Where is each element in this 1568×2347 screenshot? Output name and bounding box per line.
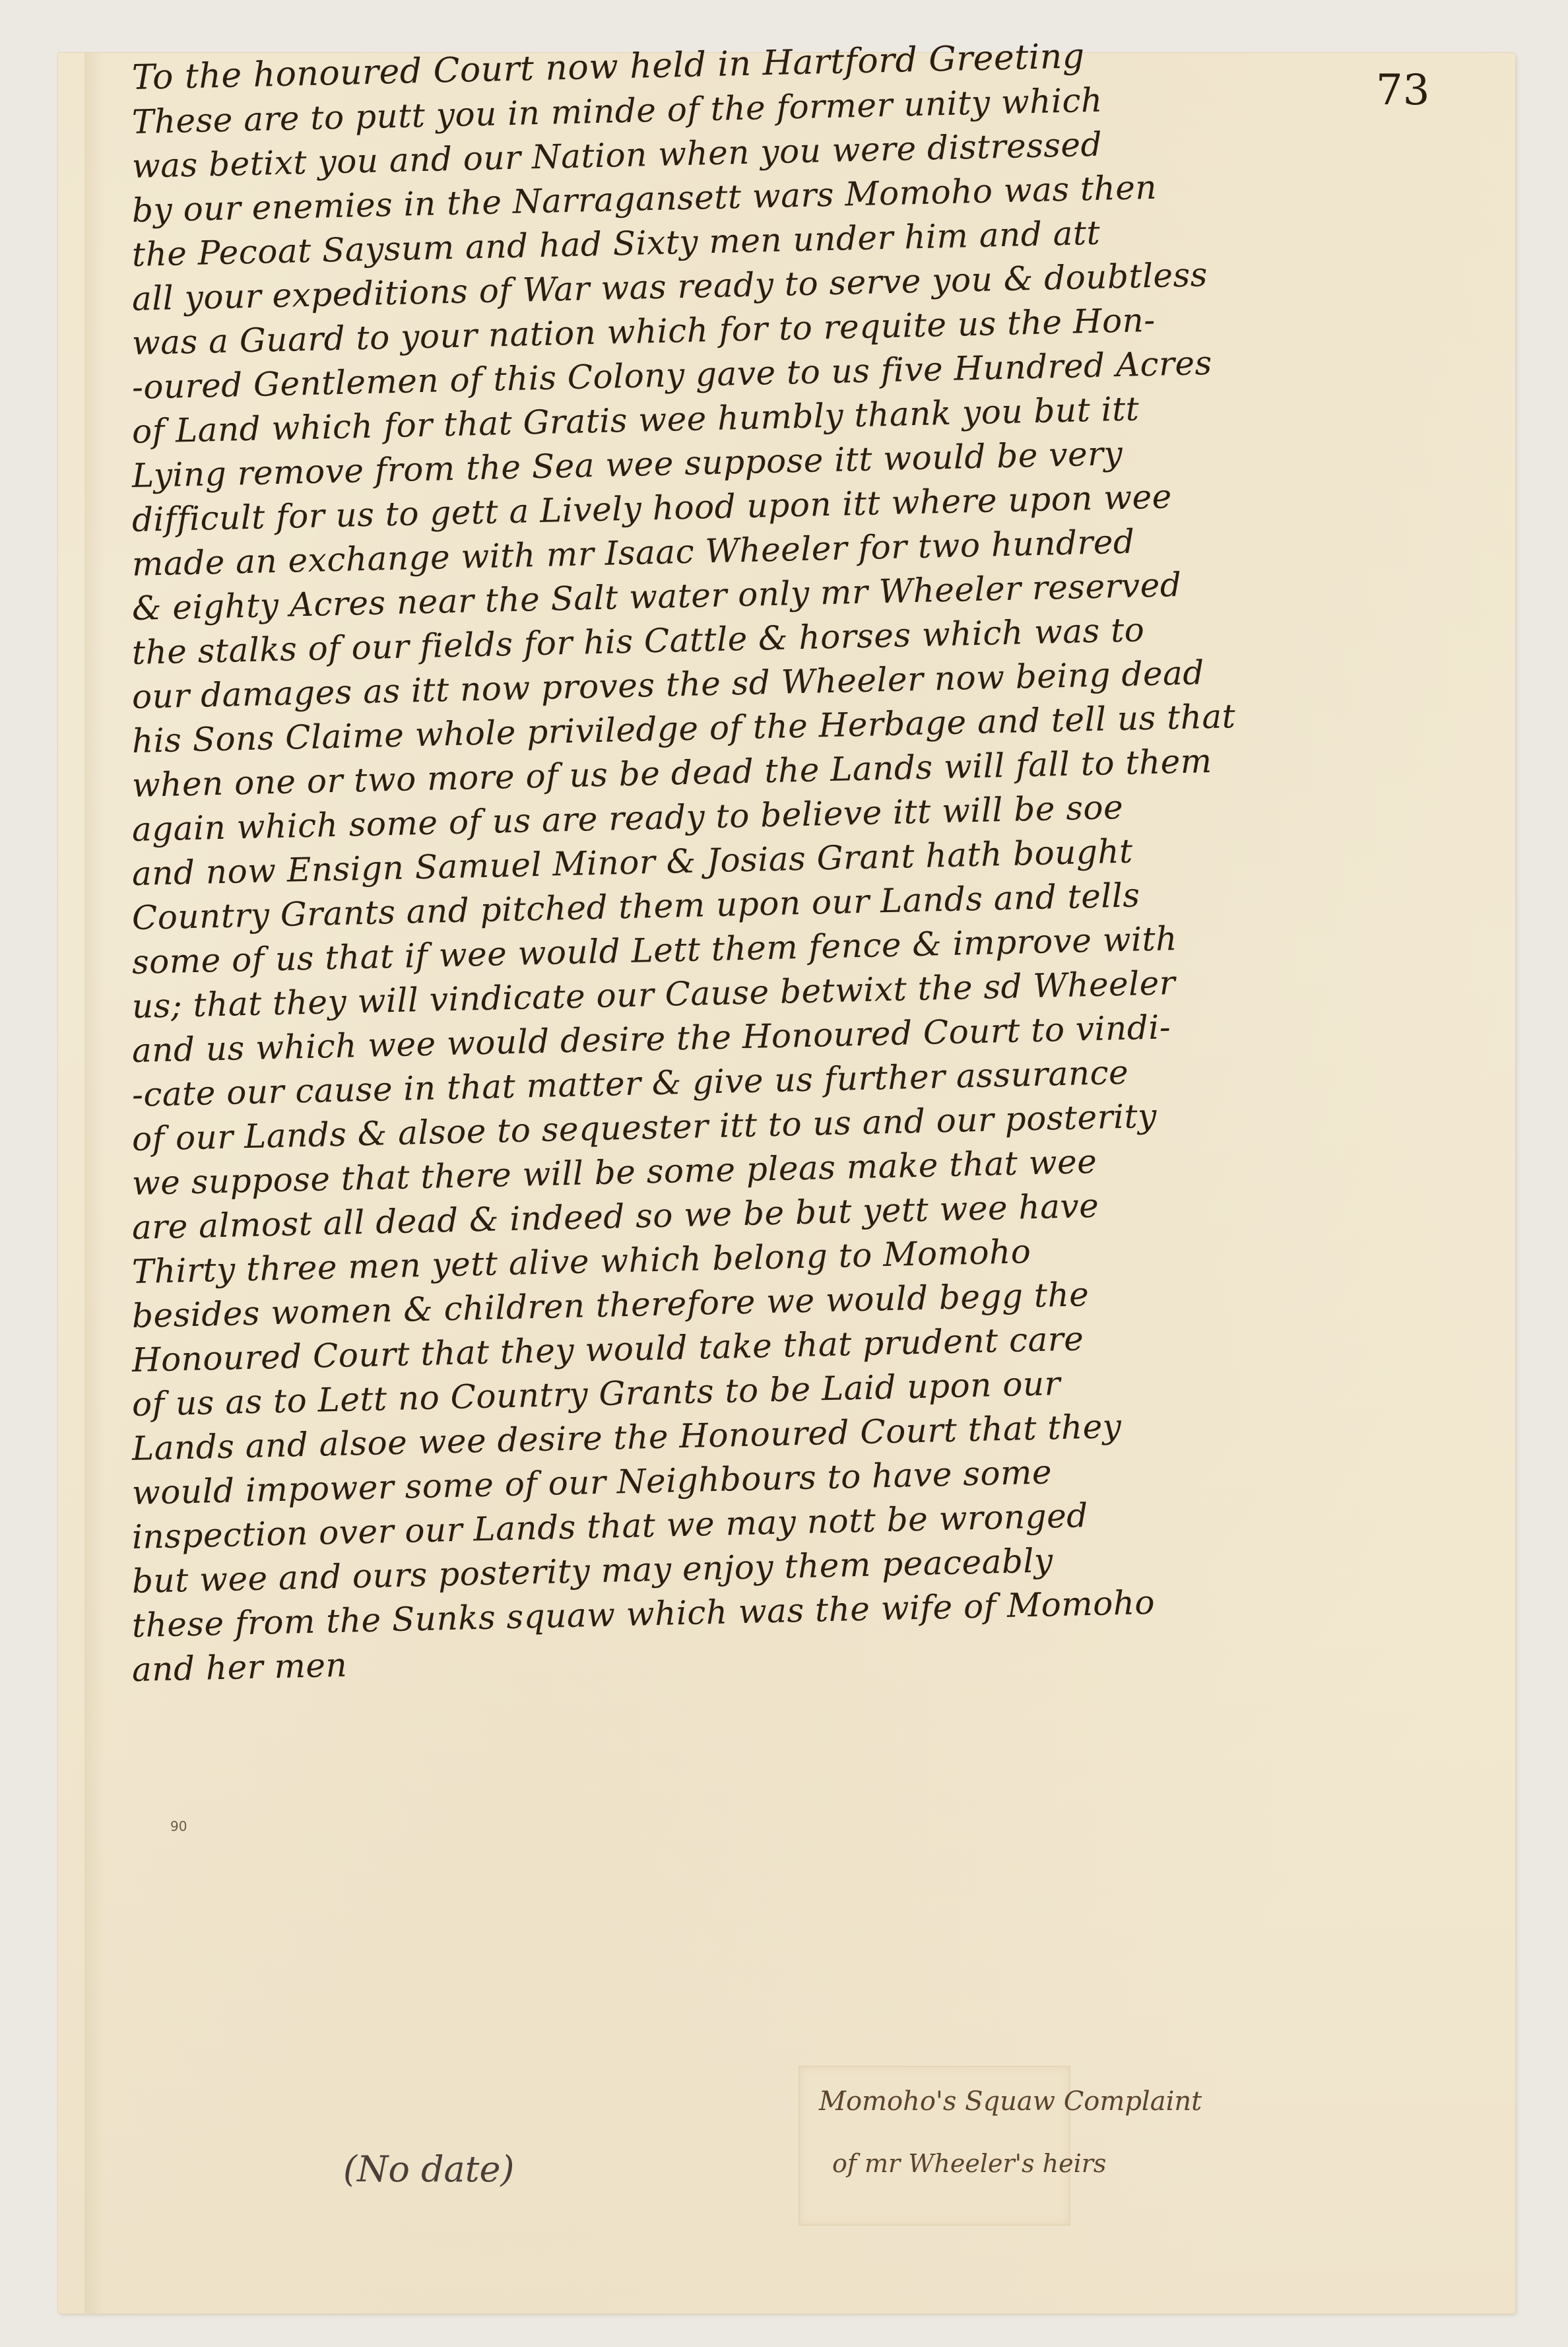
docket-label: Momoho's Squaw Complaint of mr Wheeler's…	[799, 2066, 1070, 2226]
petition-body: To the honoured Court now held in Hartfo…	[132, 56, 1505, 1692]
folio-number: 73	[1376, 66, 1429, 115]
docket-label-line2: of mr Wheeler's heirs	[832, 2149, 1106, 2178]
archival-date-note: (No date)	[343, 2148, 514, 2190]
docket-label-line1: Momoho's Squaw Complaint	[819, 2086, 1202, 2117]
margin-number: 90	[170, 1818, 187, 1834]
